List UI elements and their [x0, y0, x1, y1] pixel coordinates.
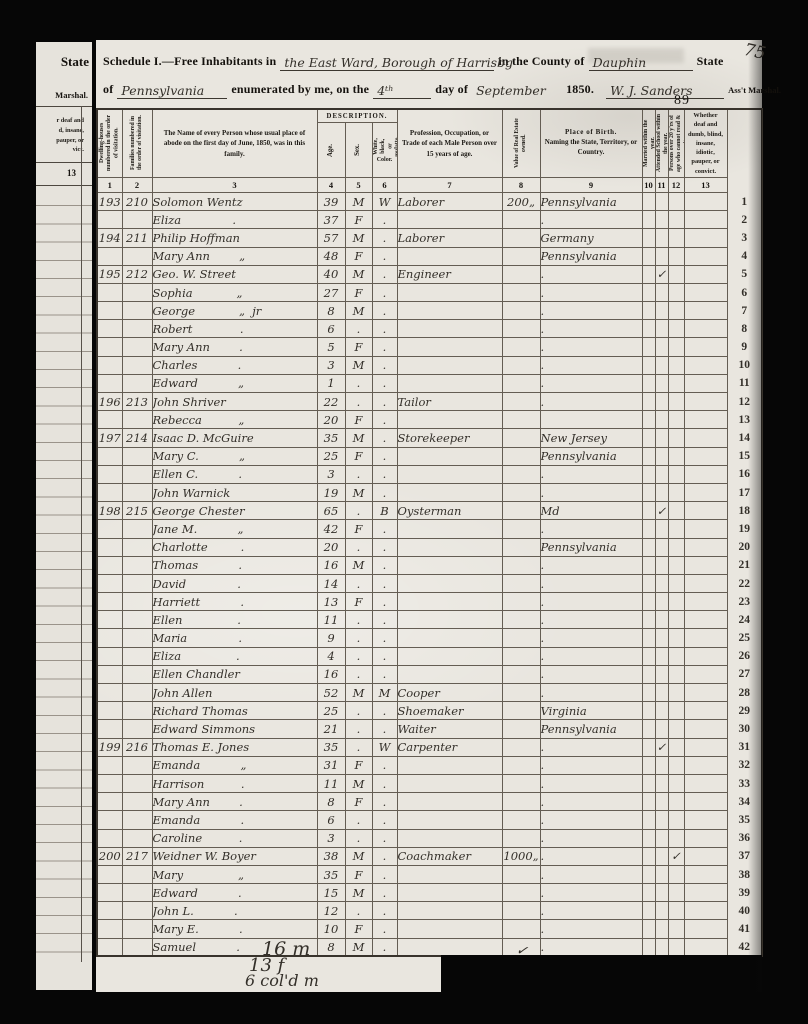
- cell-read: [668, 865, 684, 883]
- cell-sex: M: [345, 192, 372, 210]
- cell-sex: .: [345, 374, 372, 392]
- row-number: 2: [727, 211, 762, 229]
- census-scan: { "left_strip": { "state_fragment": "Sta…: [0, 0, 808, 1024]
- cell-birthplace: .: [540, 393, 642, 411]
- cell-name: Thomas .: [152, 556, 317, 574]
- cell-sex: .: [345, 829, 372, 847]
- cell-school: [655, 702, 668, 720]
- cell-value: [502, 556, 540, 574]
- cell-birthplace: .: [540, 611, 642, 629]
- cell-occupation: [397, 774, 502, 792]
- cell-name: Charles .: [152, 356, 317, 374]
- cell-school: [655, 211, 668, 229]
- cell-age: 25: [317, 702, 345, 720]
- row-number: 40: [727, 902, 762, 920]
- cell-married: [642, 320, 655, 338]
- cell-name: Thomas E. Jones: [152, 738, 317, 756]
- cell-sex: F: [345, 338, 372, 356]
- cell-sex: .: [345, 665, 372, 683]
- cell-occupation: [397, 247, 502, 265]
- cell-remarks: [684, 774, 727, 792]
- cell-occupation: [397, 374, 502, 392]
- census-row: 193210Solomon Wentz39MWLaborer200„Pennsy…: [97, 192, 762, 210]
- cell-name: Mary C. „: [152, 447, 317, 465]
- cell-remarks: [684, 465, 727, 483]
- cell-read: [668, 411, 684, 429]
- cell-name: Geo. W. Street: [152, 265, 317, 283]
- cell-birthplace: .: [540, 265, 642, 283]
- cell-color: .: [372, 902, 397, 920]
- cell-family: 213: [122, 393, 152, 411]
- cell-married: [642, 429, 655, 447]
- row-number: 42: [727, 938, 762, 956]
- cell-married: [642, 738, 655, 756]
- cell-occupation: [397, 647, 502, 665]
- cell-color: .: [372, 574, 397, 592]
- strip-line: [36, 106, 92, 107]
- cell-dwelling: [97, 702, 122, 720]
- col-header-birthplace: Place of Birth. Naming the State, Territ…: [540, 109, 642, 177]
- cell-married: [642, 847, 655, 865]
- cell-read: [668, 938, 684, 956]
- enumerated-label: enumerated by me, on the: [231, 82, 369, 96]
- cell-color: .: [372, 302, 397, 320]
- cell-read: [668, 684, 684, 702]
- cell-married: [642, 774, 655, 792]
- cell-married: [642, 720, 655, 738]
- cell-name: George Chester: [152, 502, 317, 520]
- row-number: 22: [727, 574, 762, 592]
- cell-read: [668, 393, 684, 411]
- cell-family: [122, 556, 152, 574]
- col-header-dwelling: Dwelling-houses numbered in the order of…: [97, 109, 122, 177]
- cell-name: Edward „: [152, 374, 317, 392]
- cell-color: .: [372, 320, 397, 338]
- cell-family: 216: [122, 738, 152, 756]
- cell-value: [502, 684, 540, 702]
- cell-value: [502, 429, 540, 447]
- cell-age: 20: [317, 411, 345, 429]
- cell-read: [668, 356, 684, 374]
- cell-dwelling: [97, 793, 122, 811]
- cell-age: 6: [317, 811, 345, 829]
- cell-sex: F: [345, 211, 372, 229]
- cell-value: [502, 229, 540, 247]
- cell-age: 16: [317, 665, 345, 683]
- cell-occupation: [397, 920, 502, 938]
- cell-birthplace: .: [540, 756, 642, 774]
- cell-occupation: Waiter: [397, 720, 502, 738]
- census-row: John Warnick19M..17: [97, 483, 762, 501]
- cell-age: 21: [317, 720, 345, 738]
- cell-family: [122, 865, 152, 883]
- census-row: Ellen C. .3...16: [97, 465, 762, 483]
- cell-school: [655, 192, 668, 210]
- census-table-body: 193210Solomon Wentz39MWLaborer200„Pennsy…: [97, 192, 762, 956]
- cell-read: [668, 920, 684, 938]
- census-row: Ellen Chandler16...27: [97, 665, 762, 683]
- cell-read: [668, 502, 684, 520]
- row-number: 10: [727, 356, 762, 374]
- cell-color: .: [372, 629, 397, 647]
- cell-school: [655, 611, 668, 629]
- cell-remarks: [684, 756, 727, 774]
- cell-read: [668, 338, 684, 356]
- col-header-occupation: Profession, Occupation, or Trade of each…: [397, 109, 502, 177]
- cell-color: .: [372, 229, 397, 247]
- cell-dwelling: 193: [97, 192, 122, 210]
- cell-birthplace: .: [540, 338, 642, 356]
- cell-value: [502, 865, 540, 883]
- cell-dwelling: [97, 447, 122, 465]
- cell-school: [655, 593, 668, 611]
- cell-married: [642, 811, 655, 829]
- cell-school: [655, 811, 668, 829]
- cell-occupation: [397, 665, 502, 683]
- cell-family: [122, 756, 152, 774]
- strip-line: [36, 185, 92, 186]
- cell-read: [668, 574, 684, 592]
- cell-value: [502, 902, 540, 920]
- cell-family: 212: [122, 265, 152, 283]
- cell-color: .: [372, 338, 397, 356]
- cell-sex: F: [345, 520, 372, 538]
- cell-married: [642, 302, 655, 320]
- cell-name: Eliza .: [152, 211, 317, 229]
- cell-birthplace: Pennsylvania: [540, 192, 642, 210]
- cell-school: [655, 665, 668, 683]
- cell-age: 35: [317, 738, 345, 756]
- cell-value: [502, 447, 540, 465]
- cell-school: [655, 283, 668, 301]
- cell-dwelling: [97, 829, 122, 847]
- cell-family: [122, 611, 152, 629]
- cell-married: [642, 793, 655, 811]
- row-number: 31: [727, 738, 762, 756]
- cell-age: 35: [317, 429, 345, 447]
- strip-state-fragment: State: [61, 54, 89, 70]
- census-row: Eliza .37F..2: [97, 211, 762, 229]
- cell-name: Richard Thomas: [152, 702, 317, 720]
- cell-name: David .: [152, 574, 317, 592]
- cell-remarks: [684, 211, 727, 229]
- cell-sex: .: [345, 393, 372, 411]
- cell-family: 217: [122, 847, 152, 865]
- cell-birthplace: .: [540, 647, 642, 665]
- cell-remarks: [684, 902, 727, 920]
- cell-color: .: [372, 865, 397, 883]
- cell-school: [655, 720, 668, 738]
- census-row: David .14...22: [97, 574, 762, 592]
- cell-occupation: [397, 483, 502, 501]
- cell-married: [642, 920, 655, 938]
- cell-school: [655, 302, 668, 320]
- cell-read: [668, 302, 684, 320]
- cell-birthplace: .: [540, 211, 642, 229]
- cell-value: [502, 211, 540, 229]
- col-header-color: White, black, or mulatto. Color.: [372, 123, 397, 178]
- cell-school: [655, 447, 668, 465]
- cell-married: [642, 865, 655, 883]
- cell-occupation: [397, 556, 502, 574]
- census-row: Edward .15M..39: [97, 884, 762, 902]
- cell-married: [642, 684, 655, 702]
- cell-birthplace: .: [540, 774, 642, 792]
- cell-occupation: [397, 811, 502, 829]
- cell-occupation: [397, 338, 502, 356]
- census-row: Edward „1...11: [97, 374, 762, 392]
- cell-school: [655, 574, 668, 592]
- cell-remarks: [684, 811, 727, 829]
- cell-married: [642, 229, 655, 247]
- cell-value: 200„: [502, 192, 540, 210]
- row-number: 3: [727, 229, 762, 247]
- cell-age: 4: [317, 647, 345, 665]
- row-number: 30: [727, 720, 762, 738]
- cell-family: 210: [122, 192, 152, 210]
- cell-occupation: [397, 611, 502, 629]
- cell-family: 215: [122, 502, 152, 520]
- col-header-married: Married within the year.: [642, 109, 655, 177]
- cell-birthplace: Md: [540, 502, 642, 520]
- cell-color: .: [372, 811, 397, 829]
- strip-line: [36, 162, 92, 163]
- cell-sex: F: [345, 920, 372, 938]
- cell-remarks: [684, 593, 727, 611]
- cell-age: 1: [317, 374, 345, 392]
- cell-dwelling: [97, 756, 122, 774]
- cell-sex: M: [345, 684, 372, 702]
- cell-dwelling: [97, 902, 122, 920]
- census-row: Sophia „27F..6: [97, 283, 762, 301]
- census-row: Ellen .11...24: [97, 611, 762, 629]
- cell-age: 14: [317, 574, 345, 592]
- cell-value: [502, 702, 540, 720]
- cell-age: 37: [317, 211, 345, 229]
- marshal-signature: W. J. Sanders: [606, 83, 724, 99]
- col-header-school: Attended School within the year.: [655, 109, 668, 177]
- cell-age: 5: [317, 338, 345, 356]
- cell-remarks: [684, 520, 727, 538]
- cell-age: 9: [317, 629, 345, 647]
- cell-married: [642, 411, 655, 429]
- cell-value: 1000„: [502, 847, 540, 865]
- cell-family: [122, 574, 152, 592]
- cell-school: [655, 647, 668, 665]
- cell-occupation: [397, 465, 502, 483]
- cell-dwelling: 200: [97, 847, 122, 865]
- cell-color: .: [372, 538, 397, 556]
- cell-sex: .: [345, 720, 372, 738]
- cell-value: [502, 647, 540, 665]
- row-number: 17: [727, 483, 762, 501]
- cell-occupation: Laborer: [397, 192, 502, 210]
- cell-remarks: [684, 920, 727, 938]
- cell-birthplace: .: [540, 465, 642, 483]
- cell-color: .: [372, 465, 397, 483]
- cell-birthplace: Pennsylvania: [540, 720, 642, 738]
- cell-birthplace: .: [540, 556, 642, 574]
- cell-value: [502, 829, 540, 847]
- cell-birthplace: .: [540, 811, 642, 829]
- cell-color: .: [372, 647, 397, 665]
- cell-birthplace: Virginia: [540, 702, 642, 720]
- cell-read: [668, 702, 684, 720]
- cell-read: [668, 211, 684, 229]
- cell-name: Solomon Wentz: [152, 192, 317, 210]
- cell-read: [668, 229, 684, 247]
- cell-family: [122, 338, 152, 356]
- cell-remarks: [684, 611, 727, 629]
- cell-color: .: [372, 556, 397, 574]
- cell-age: 25: [317, 447, 345, 465]
- cell-color: .: [372, 483, 397, 501]
- cell-value: [502, 793, 540, 811]
- cell-school: [655, 774, 668, 792]
- cell-dwelling: [97, 556, 122, 574]
- census-page: Schedule I.—Free Inhabitants in the East…: [96, 40, 762, 992]
- cell-name: John Warnick: [152, 483, 317, 501]
- cell-remarks: [684, 574, 727, 592]
- census-row: Richard Thomas25..ShoemakerVirginia29: [97, 702, 762, 720]
- cell-occupation: [397, 520, 502, 538]
- cell-remarks: [684, 829, 727, 847]
- cell-read: [668, 647, 684, 665]
- cell-name: Philip Hoffman: [152, 229, 317, 247]
- cell-sex: .: [345, 738, 372, 756]
- cell-family: [122, 811, 152, 829]
- cell-value: [502, 302, 540, 320]
- cell-sex: M: [345, 356, 372, 374]
- cell-family: [122, 829, 152, 847]
- cell-occupation: [397, 211, 502, 229]
- tally-colored-males: 6 col'd m: [245, 971, 319, 990]
- cell-value: [502, 574, 540, 592]
- cell-read: ✓: [668, 847, 684, 865]
- cell-read: [668, 793, 684, 811]
- cell-married: [642, 702, 655, 720]
- cell-read: [668, 774, 684, 792]
- cell-read: [668, 811, 684, 829]
- cell-family: [122, 302, 152, 320]
- cell-dwelling: 197: [97, 429, 122, 447]
- cell-color: .: [372, 447, 397, 465]
- cell-color: .: [372, 211, 397, 229]
- cell-sex: M: [345, 938, 372, 956]
- cell-occupation: [397, 538, 502, 556]
- cell-color: .: [372, 247, 397, 265]
- cell-sex: .: [345, 574, 372, 592]
- cell-occupation: Carpenter: [397, 738, 502, 756]
- cell-name: Edward Simmons: [152, 720, 317, 738]
- cell-read: [668, 611, 684, 629]
- cell-married: [642, 502, 655, 520]
- cell-school: [655, 793, 668, 811]
- census-row: Mary Ann .8F..34: [97, 793, 762, 811]
- cell-color: .: [372, 283, 397, 301]
- cell-value: [502, 520, 540, 538]
- census-row: George „ jr8M..7: [97, 302, 762, 320]
- cell-married: [642, 465, 655, 483]
- census-row: 197214Isaac D. McGuire35M.StorekeeperNew…: [97, 429, 762, 447]
- row-number: 33: [727, 774, 762, 792]
- cell-school: [655, 902, 668, 920]
- cell-name: Emanda .: [152, 811, 317, 829]
- cell-family: [122, 374, 152, 392]
- cell-value: [502, 774, 540, 792]
- census-row: Mary E. .10F..41: [97, 920, 762, 938]
- cell-school: [655, 538, 668, 556]
- cell-occupation: Laborer: [397, 229, 502, 247]
- cell-name: Emanda „: [152, 756, 317, 774]
- cell-sex: .: [345, 647, 372, 665]
- cell-birthplace: Pennsylvania: [540, 247, 642, 265]
- cell-sex: .: [345, 702, 372, 720]
- cell-dwelling: [97, 647, 122, 665]
- row-number: 14: [727, 429, 762, 447]
- cell-family: [122, 247, 152, 265]
- cell-color: .: [372, 265, 397, 283]
- row-number: 11: [727, 374, 762, 392]
- row-number: 25: [727, 629, 762, 647]
- cell-occupation: [397, 411, 502, 429]
- cell-remarks: [684, 865, 727, 883]
- row-number: 18: [727, 502, 762, 520]
- cell-school: [655, 247, 668, 265]
- cell-remarks: [684, 629, 727, 647]
- cell-age: 8: [317, 938, 345, 956]
- cell-age: 11: [317, 774, 345, 792]
- cell-married: [642, 629, 655, 647]
- cell-read: [668, 247, 684, 265]
- cell-school: [655, 338, 668, 356]
- cell-birthplace: .: [540, 738, 642, 756]
- cell-dwelling: [97, 920, 122, 938]
- cell-married: [642, 393, 655, 411]
- cell-school: [655, 847, 668, 865]
- cell-name: Mary E. .: [152, 920, 317, 938]
- cell-family: [122, 647, 152, 665]
- cell-color: .: [372, 374, 397, 392]
- cell-dwelling: [97, 684, 122, 702]
- row-number: 34: [727, 793, 762, 811]
- state-label: State: [697, 54, 724, 68]
- cell-age: 42: [317, 520, 345, 538]
- census-row: Emanda .6...35: [97, 811, 762, 829]
- cell-dwelling: [97, 483, 122, 501]
- cell-dwelling: [97, 520, 122, 538]
- cell-value: [502, 393, 540, 411]
- cell-family: [122, 411, 152, 429]
- cell-married: [642, 211, 655, 229]
- cell-birthplace: .: [540, 684, 642, 702]
- cell-name: Eliza .: [152, 647, 317, 665]
- census-row: Thomas .16M..21: [97, 556, 762, 574]
- cell-remarks: [684, 320, 727, 338]
- cell-married: [642, 247, 655, 265]
- cell-birthplace: Pennsylvania: [540, 538, 642, 556]
- cell-value: [502, 593, 540, 611]
- cell-dwelling: [97, 356, 122, 374]
- state-handwritten: Pennsylvania: [117, 83, 227, 99]
- cell-occupation: Oysterman: [397, 502, 502, 520]
- cell-name: Robert .: [152, 320, 317, 338]
- cell-married: [642, 902, 655, 920]
- census-row: John Allen52MMCooper.28: [97, 684, 762, 702]
- cell-age: 20: [317, 538, 345, 556]
- cell-school: [655, 556, 668, 574]
- cell-family: [122, 447, 152, 465]
